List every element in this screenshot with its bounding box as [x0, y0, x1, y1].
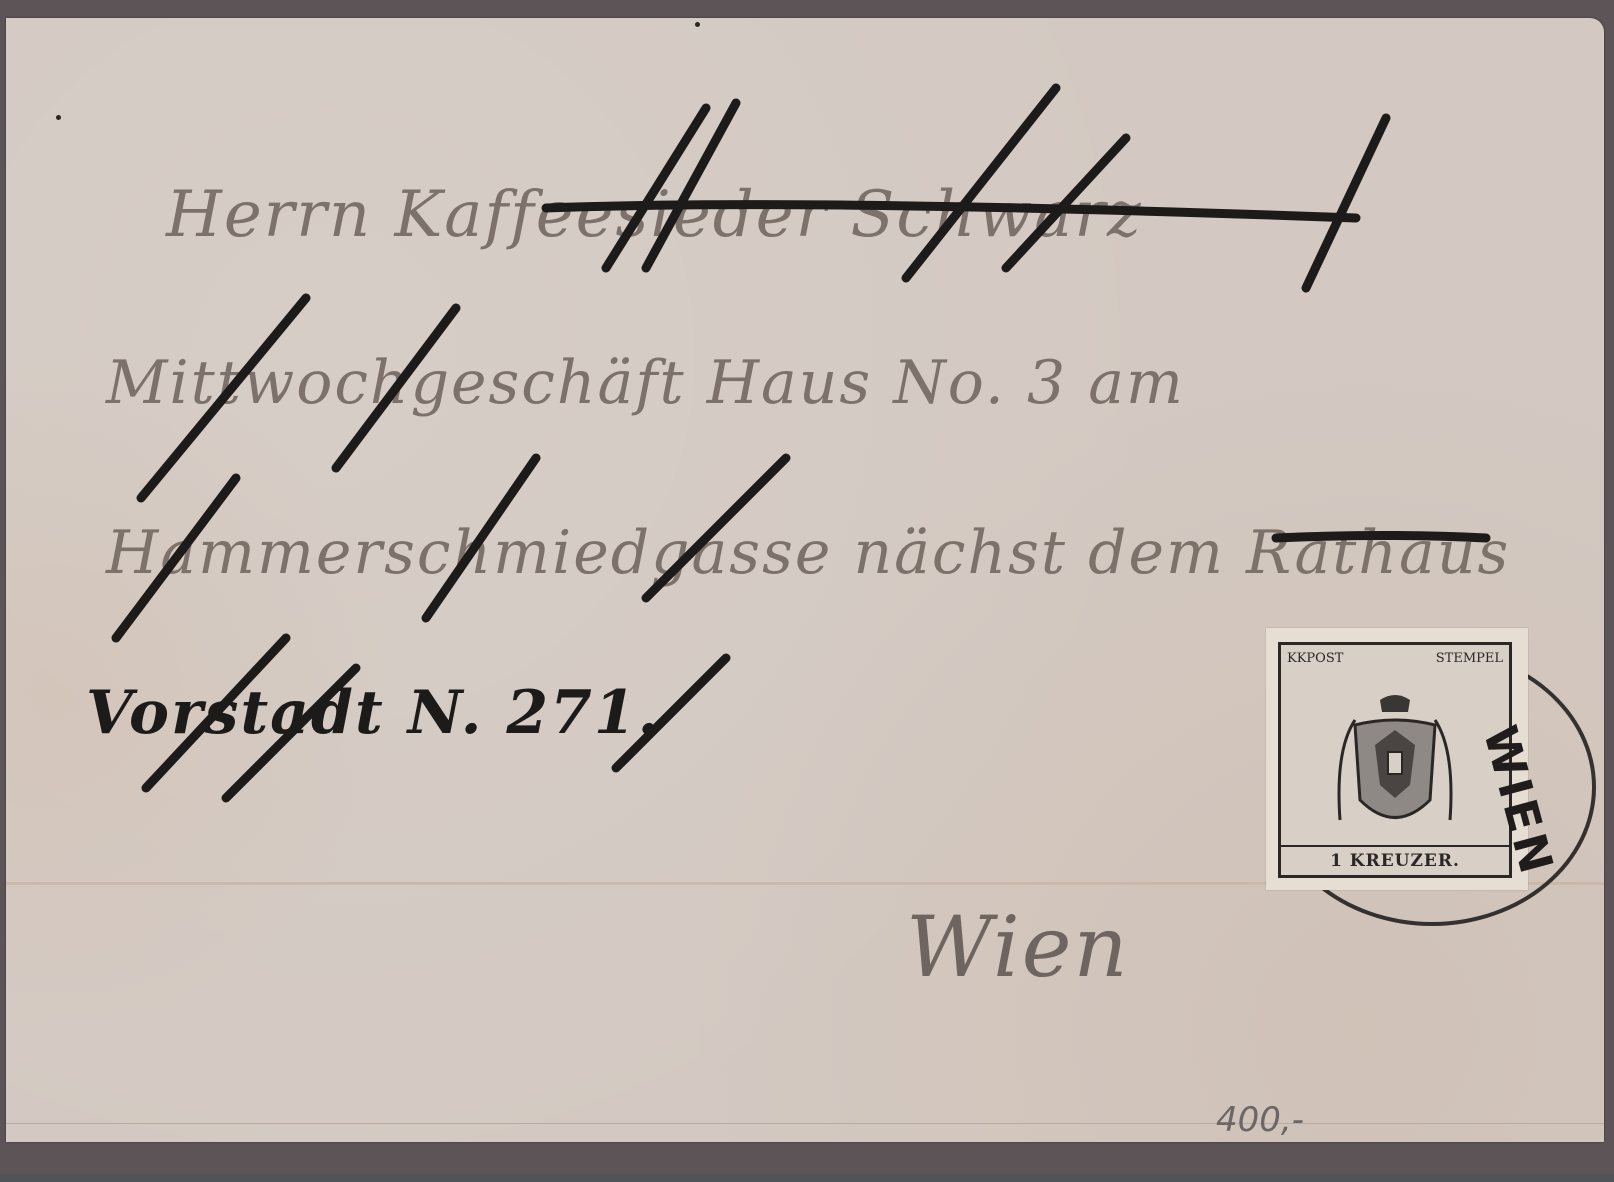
stamp-top-right-text: STEMPEL — [1436, 651, 1503, 666]
stamp-top-left-text: KKPOST — [1287, 651, 1343, 666]
background-strip — [0, 1174, 1614, 1182]
stamp-denomination: 1 KREUZER. — [1281, 845, 1509, 875]
ink-spot — [56, 115, 61, 120]
coat-of-arms-icon — [1330, 690, 1460, 840]
stamp-frame: KKPOST STEMPEL 1 KREUZER. — [1278, 642, 1512, 878]
ink-overwrite-strokes — [6, 18, 1604, 1142]
letter-cover: Herrn Kaffeesieder Schwarz Mittwochgesch… — [6, 18, 1604, 1142]
ink-spot — [695, 22, 700, 27]
stamp-header: KKPOST STEMPEL — [1287, 651, 1503, 666]
